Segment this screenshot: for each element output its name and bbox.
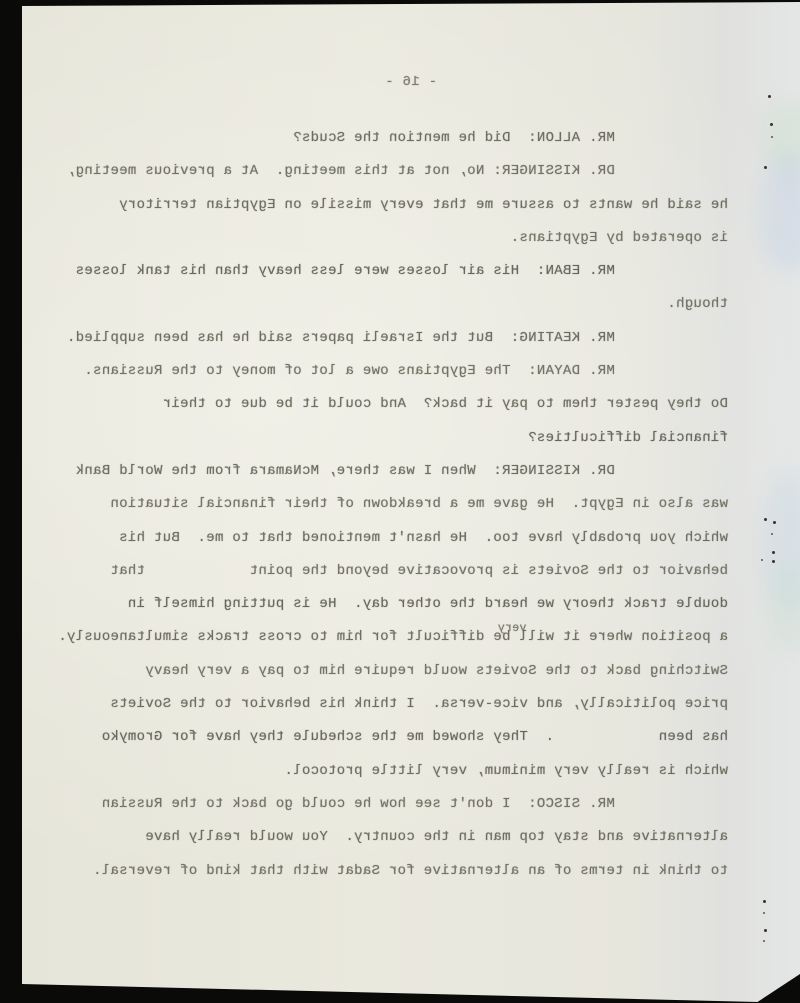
typewritten-line: MR. KEATING: But the Israeli papers said… xyxy=(22,329,728,362)
typewritten-line: MR. EBAN: His air losses were less heavy… xyxy=(22,262,728,295)
typewritten-line: MR. ALLON: Did he mention the Scuds? xyxy=(22,129,728,162)
ink-speck xyxy=(764,929,767,932)
page-number: - 16 - xyxy=(58,74,764,94)
typewritten-line: MR. SISCO: I don't see how he could go b… xyxy=(22,795,728,828)
transcript-lines: MR. ALLON: Did he mention the Scuds? DR.… xyxy=(22,129,728,895)
typewritten-line: alternative and stay top man in the coun… xyxy=(22,828,728,861)
typewritten-line: behavior to the Soviets is provocative b… xyxy=(22,562,728,595)
ink-speck xyxy=(761,559,763,561)
ink-speck xyxy=(764,166,767,169)
ink-speck xyxy=(772,551,775,554)
typewritten-line: MR. DAYAN: The Egyptians owe a lot of mo… xyxy=(22,362,728,395)
mirrored-text-layer: - 16 - MR. ALLON: Did he mention the Scu… xyxy=(22,0,800,1003)
ink-speck xyxy=(768,95,771,98)
ink-speck xyxy=(772,560,775,563)
typewritten-line: price politically, and vice-versa. I thi… xyxy=(22,695,728,728)
typewritten-line: he said he wants to assure me that every… xyxy=(22,196,728,229)
typewritten-line: to think in terms of an alternative for … xyxy=(22,862,728,895)
typewritten-line: financial difficulties? xyxy=(22,429,728,462)
ink-speck xyxy=(771,533,773,535)
typewritten-line: DR. KISSINGER: When I was there, McNamar… xyxy=(22,462,728,495)
ink-speck xyxy=(763,912,765,914)
typewritten-line: though. xyxy=(22,295,728,328)
ink-speck xyxy=(773,521,776,524)
typewritten-line: which you probably have too. He hasn't m… xyxy=(22,529,728,562)
ink-speck xyxy=(771,136,773,138)
typewritten-line: is operated by Egyptians. xyxy=(22,229,728,262)
scan-page: - 16 - MR. ALLON: Did he mention the Scu… xyxy=(0,0,800,1003)
ink-speck xyxy=(763,940,765,942)
typewritten-line: Do they pester them to pay it back? And … xyxy=(22,395,728,428)
ink-speck xyxy=(770,123,773,126)
typewritten-line: was also in Egypt. He gave me a breakdow… xyxy=(22,495,728,528)
typewritten-line: DR. KISSINGER: No, not at this meeting. … xyxy=(22,162,728,195)
corner-fold xyxy=(756,974,800,1003)
ink-speck xyxy=(764,518,767,521)
ink-speck xyxy=(763,900,766,903)
typewritten-line: which is really very minimum, very littl… xyxy=(22,762,728,795)
typewritten-line: Switching back to the Soviets would requ… xyxy=(22,662,728,695)
typewritten-line: has been . They showed me the schedule t… xyxy=(22,728,728,761)
